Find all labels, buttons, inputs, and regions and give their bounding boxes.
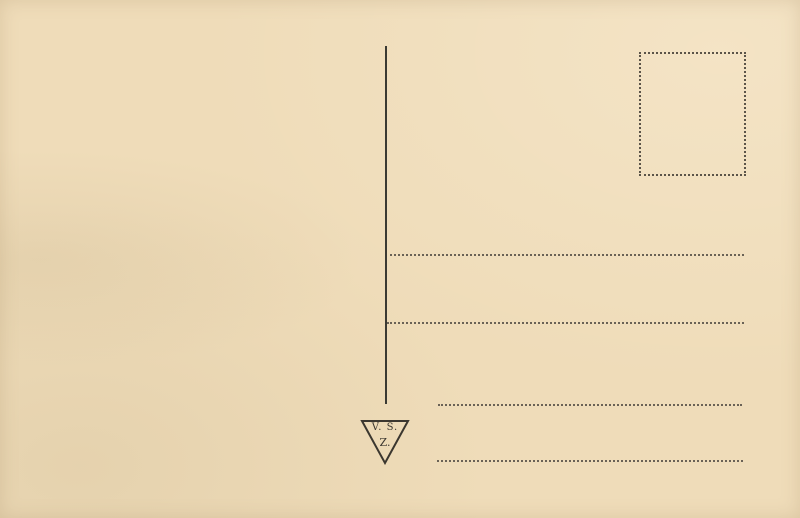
address-line-4 — [437, 460, 743, 462]
postcard-back: V. S. Z. — [0, 0, 800, 518]
center-divider-line — [385, 46, 387, 404]
publisher-logo: V. S. Z. — [360, 419, 410, 465]
address-line-2 — [387, 322, 744, 324]
logo-text-vs: V. S. — [360, 422, 410, 433]
address-line-3 — [438, 404, 742, 406]
logo-text-z: Z. — [360, 436, 410, 449]
address-line-1 — [390, 254, 744, 256]
stamp-box — [639, 52, 746, 176]
